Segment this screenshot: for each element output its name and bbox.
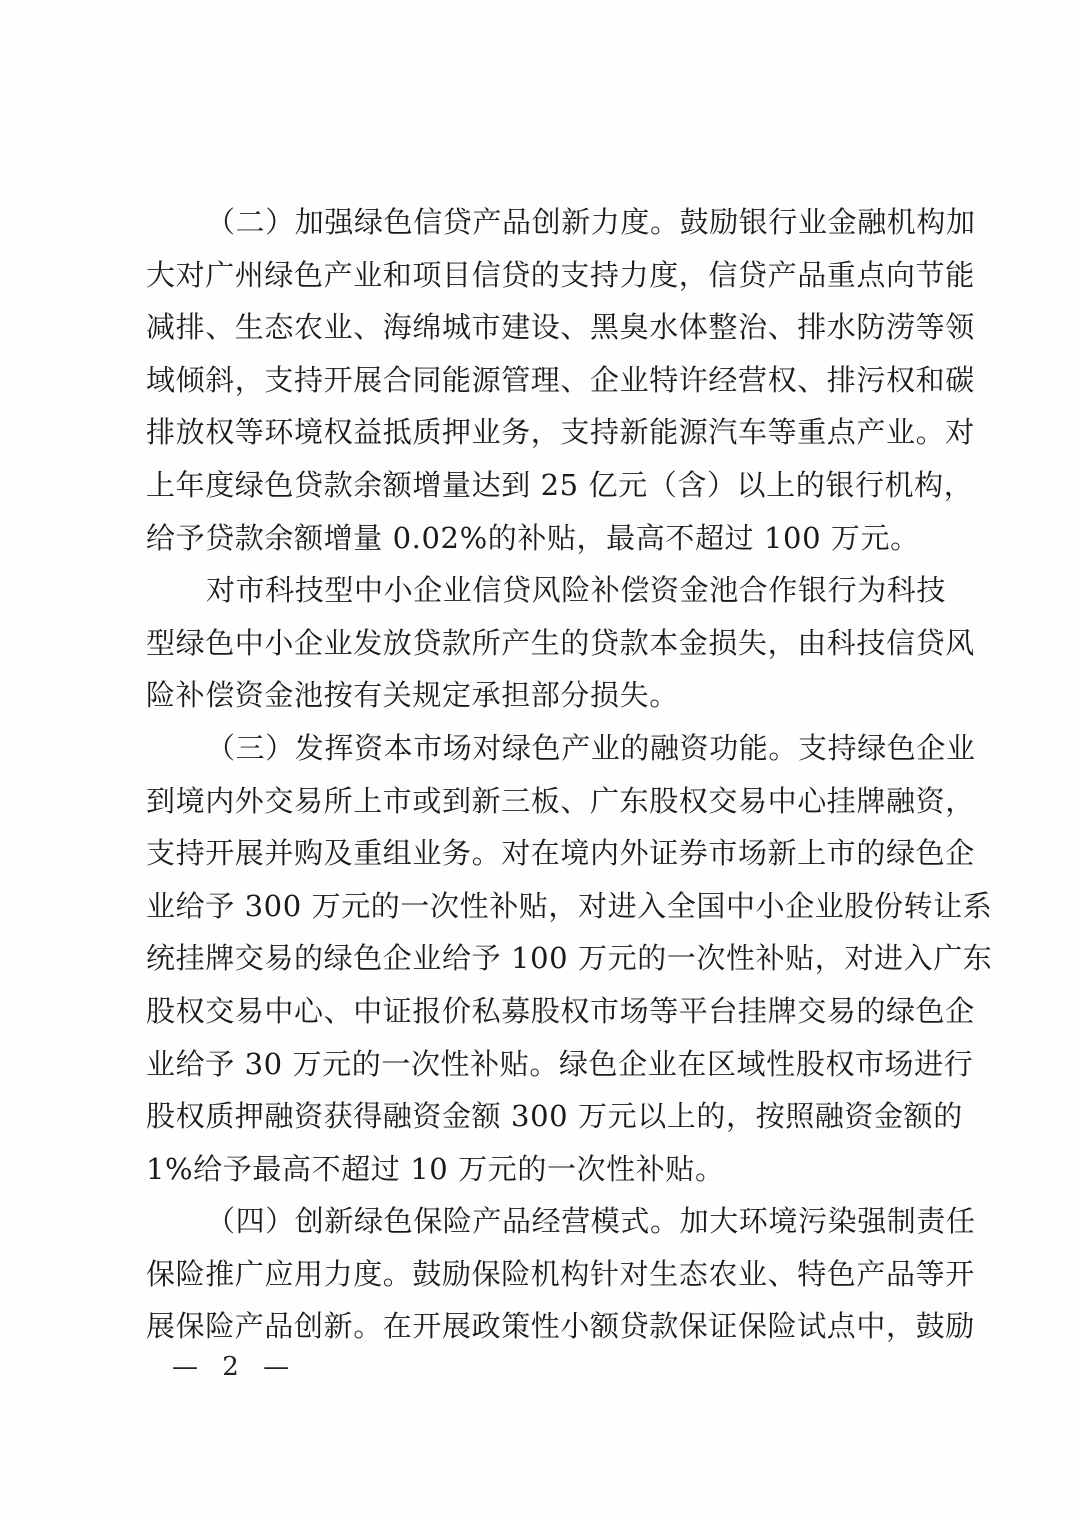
text-line: 业给予 30 万元的一次性补贴。绿色企业在区域性股权市场进行 [146, 1038, 946, 1091]
text-line: 股权质押融资获得融资金额 300 万元以上的，按照融资金额的 [146, 1090, 946, 1143]
text-line: 支持开展并购及重组业务。对在境内外证券市场新上市的绿色企 [146, 827, 946, 880]
text-line: 上年度绿色贷款余额增量达到 25 亿元（含）以上的银行机构， [146, 459, 946, 512]
text-line: 到境内外交易所上市或到新三板、广东股权交易中心挂牌融资， [146, 775, 946, 828]
text-line: 业给予 300 万元的一次性补贴，对进入全国中小企业股份转让系 [146, 880, 946, 933]
page-number: — 2 — [172, 1352, 297, 1382]
text-line: （四）创新绿色保险产品经营模式。加大环境污染强制责任 [146, 1195, 946, 1248]
text-line: 险补偿资金池按有关规定承担部分损失。 [146, 669, 946, 722]
text-line: 展保险产品创新。在开展政策性小额贷款保证保险试点中，鼓励 [146, 1300, 946, 1353]
document-body: （二）加强绿色信贷产品创新力度。鼓励银行业金融机构加 大对广州绿色产业和项目信贷… [146, 196, 946, 1353]
text-line: 1%给予最高不超过 10 万元的一次性补贴。 [146, 1143, 946, 1196]
paragraph-risk-compensation: 对市科技型中小企业信贷风险补偿资金池合作银行为科技 型绿色中小企业发放贷款所产生… [146, 564, 946, 722]
paragraph-green-insurance: （四）创新绿色保险产品经营模式。加大环境污染强制责任 保险推广应用力度。鼓励保险… [146, 1195, 946, 1353]
paragraph-green-credit: （二）加强绿色信贷产品创新力度。鼓励银行业金融机构加 大对广州绿色产业和项目信贷… [146, 196, 946, 564]
text-line: 给予贷款余额增量 0.02%的补贴，最高不超过 100 万元。 [146, 512, 946, 565]
text-line: （三）发挥资本市场对绿色产业的融资功能。支持绿色企业 [146, 722, 946, 775]
text-line: 减排、生态农业、海绵城市建设、黑臭水体整治、排水防涝等领 [146, 301, 946, 354]
text-line: 保险推广应用力度。鼓励保险机构针对生态农业、特色产品等开 [146, 1248, 946, 1301]
text-line: 排放权等环境权益抵质押业务，支持新能源汽车等重点产业。对 [146, 406, 946, 459]
text-line: 大对广州绿色产业和项目信贷的支持力度，信贷产品重点向节能 [146, 249, 946, 302]
text-line: 型绿色中小企业发放贷款所产生的贷款本金损失，由科技信贷风 [146, 617, 946, 670]
document-page: （二）加强绿色信贷产品创新力度。鼓励银行业金融机构加 大对广州绿色产业和项目信贷… [0, 0, 1080, 1520]
text-line: 股权交易中心、中证报价私募股权市场等平台挂牌交易的绿色企 [146, 985, 946, 1038]
paragraph-capital-market: （三）发挥资本市场对绿色产业的融资功能。支持绿色企业 到境内外交易所上市或到新三… [146, 722, 946, 1195]
text-line: 统挂牌交易的绿色企业给予 100 万元的一次性补贴，对进入广东 [146, 932, 946, 985]
text-line: 域倾斜，支持开展合同能源管理、企业特许经营权、排污权和碳 [146, 354, 946, 407]
text-line: 对市科技型中小企业信贷风险补偿资金池合作银行为科技 [146, 564, 946, 617]
text-line: （二）加强绿色信贷产品创新力度。鼓励银行业金融机构加 [146, 196, 946, 249]
